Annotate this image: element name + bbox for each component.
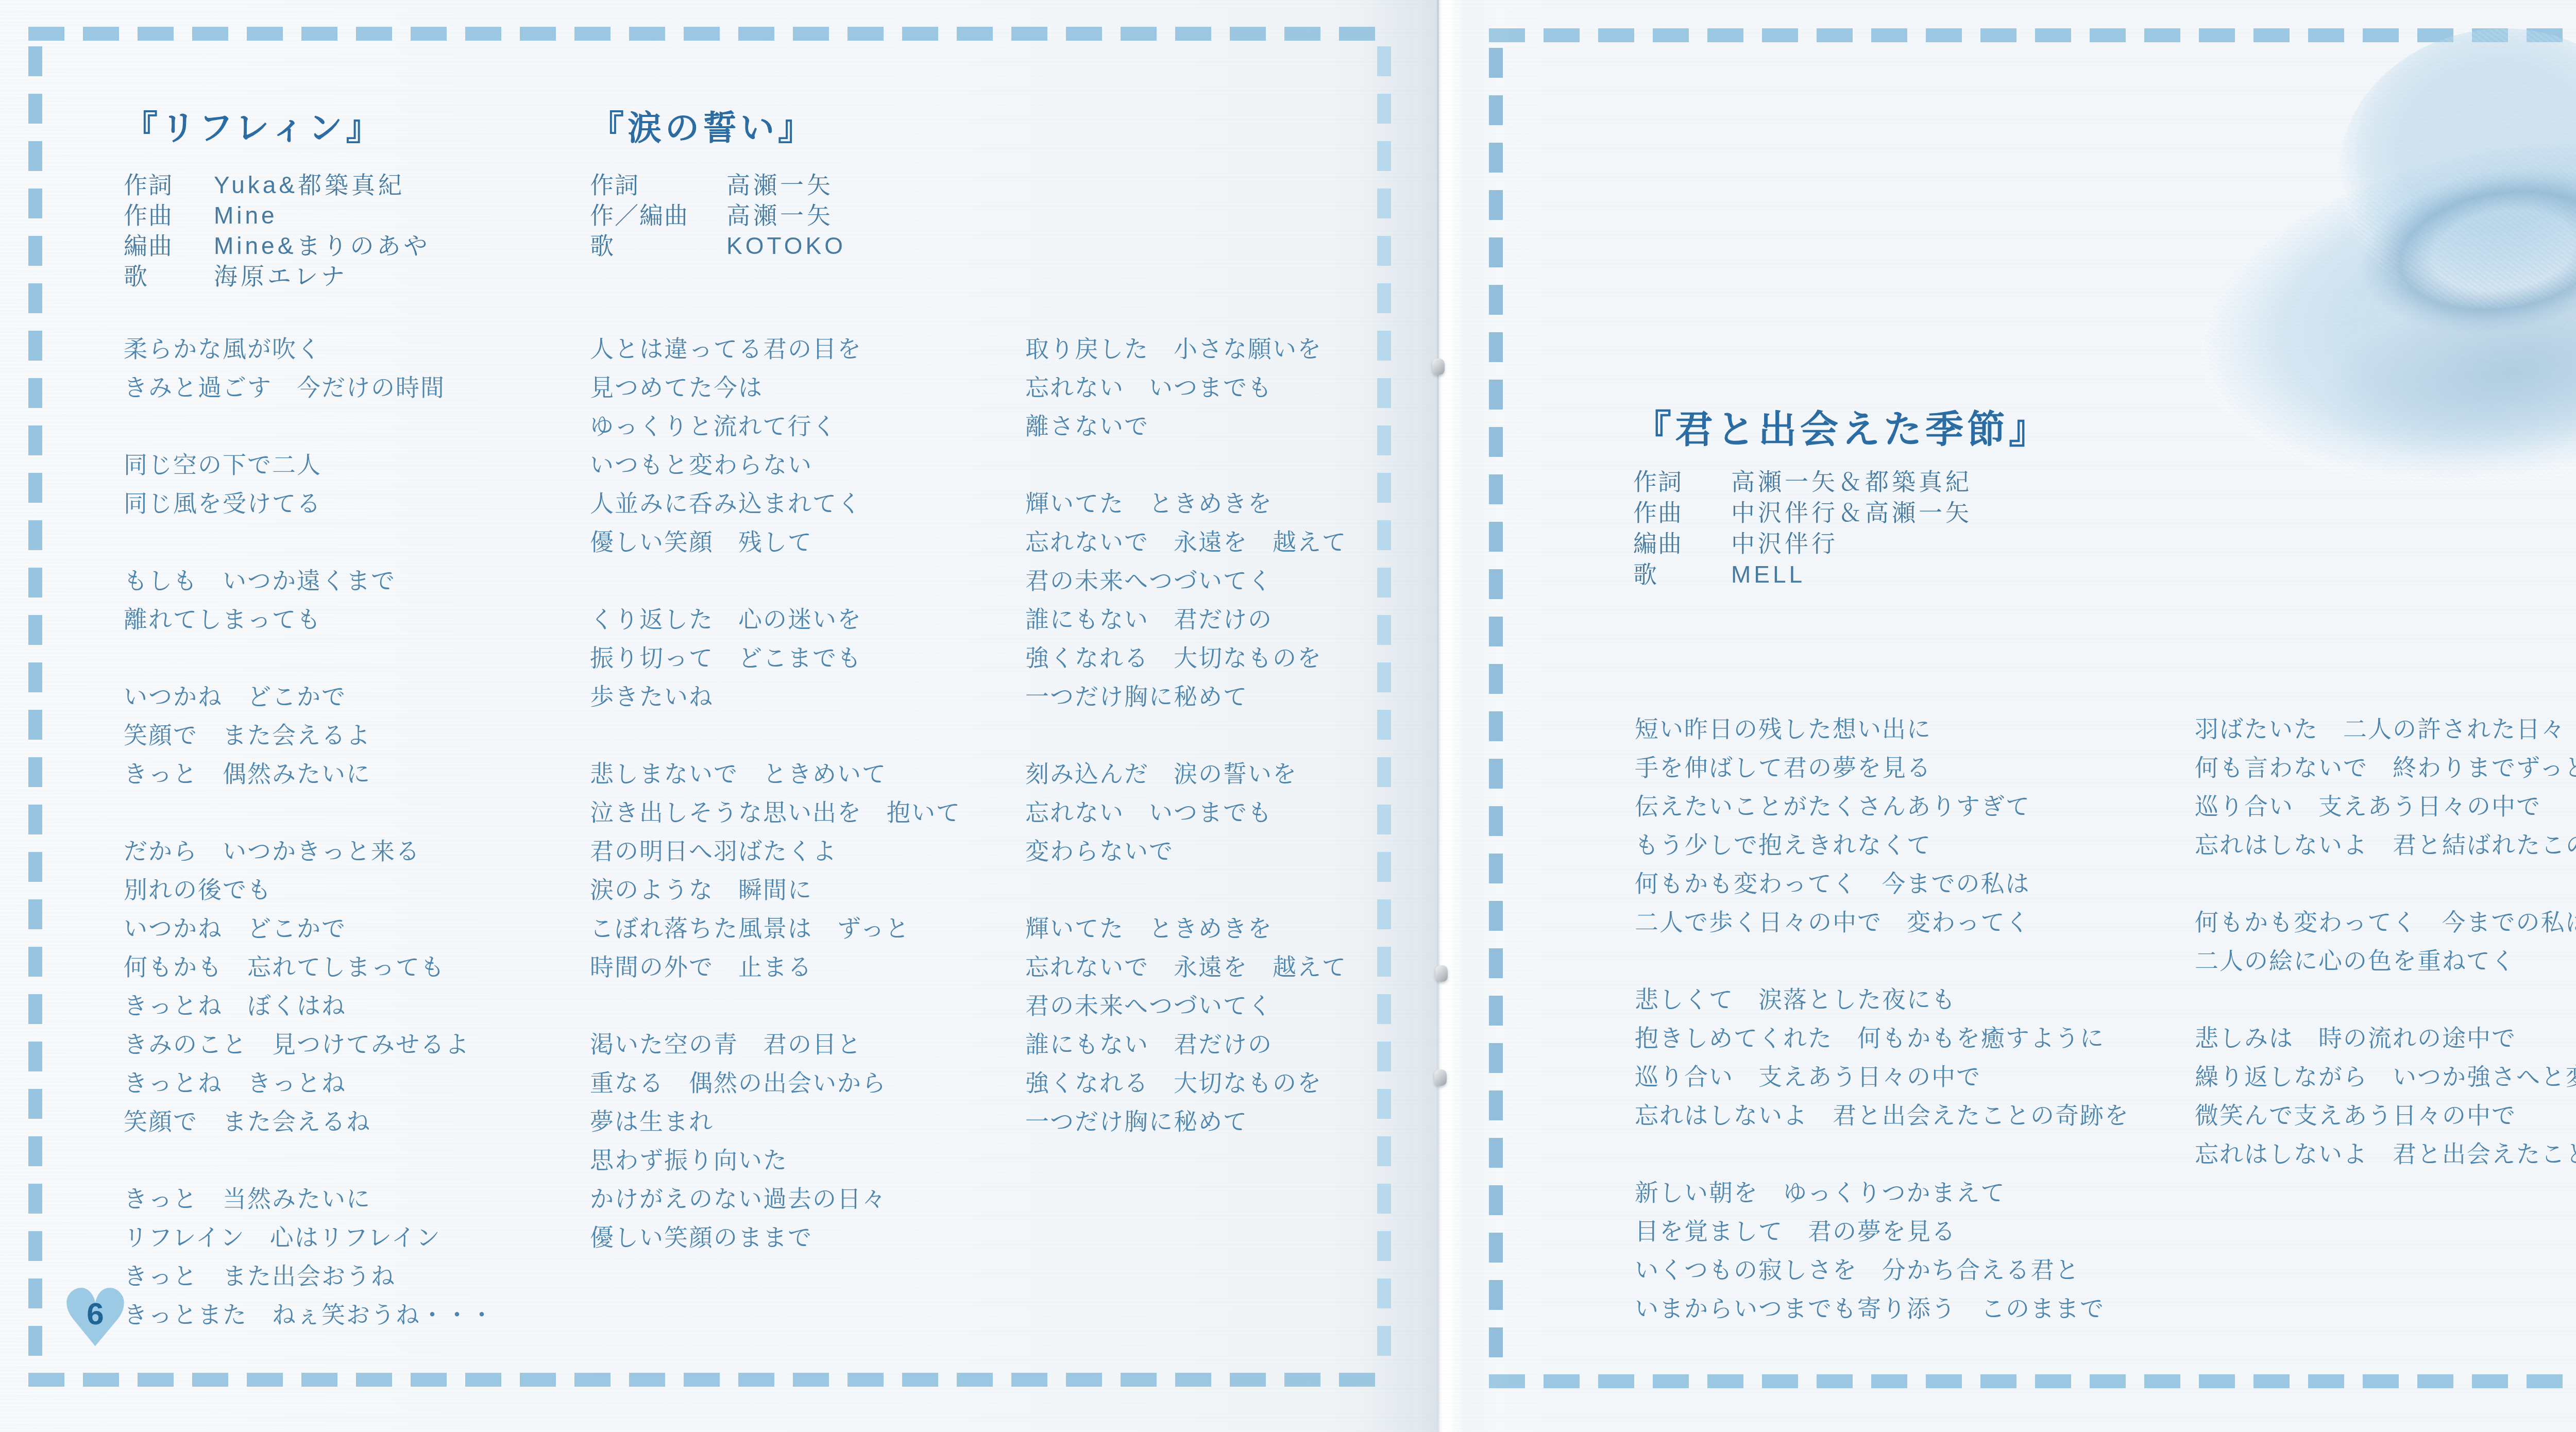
lyric-line: 二人で歩く日々の中で 変わってく (1635, 903, 2129, 942)
stanza: 短い昨日の残した想い出に手を伸ばして君の夢を見る伝えたいことがたくさんありすぎて… (1635, 710, 2129, 942)
fold-crease (1437, 0, 1439, 1432)
song3-lyrics-column-2: 羽ばたいた 二人の許された日々何も言わないで 終わりまでずっとそばに巡り合い 支… (2195, 710, 2576, 1173)
song2-credits: 作詞高瀬一矢 作／編曲高瀬一矢 歌KOTOKO (590, 170, 846, 261)
credit-label: 歌 (1633, 559, 1731, 590)
credit-label: 作詞 (590, 170, 726, 200)
lyric-line: 優しい笑顔 残して (590, 523, 961, 561)
stanza: 刻み込んだ 涙の誓いを忘れない いつまでも変わらないで (1025, 755, 1347, 871)
lyric-line: 忘れはしないよ 君と出会えたことの奇跡を (2195, 1135, 2576, 1173)
lyric-line: 何も言わないで 終わりまでずっとそばに (2195, 748, 2576, 787)
lyric-line: 強くなれる 大切なものを (1025, 639, 1347, 677)
credit-value: Mine&まりのあや (214, 232, 430, 259)
lyric-line: 忘れない いつまでも (1025, 368, 1347, 407)
stanza: 新しい朝を ゆっくりつかまえて目を覚まして 君の夢を見るいくつもの寂しさを 分か… (1635, 1173, 2129, 1328)
lyric-line: 優しい笑顔のままで (590, 1218, 961, 1257)
lyric-line: 目を覚まして 君の夢を見る (1635, 1212, 2129, 1251)
lyric-line: いまからいつまでも寄り添う このままで (1635, 1289, 2129, 1328)
lyric-line: 別れの後でも (124, 871, 495, 909)
stanza: 悲しくて 涙落とした夜にも抱きしめてくれた 何もかもを癒すように巡り合い 支えあ… (1635, 980, 2129, 1135)
lyric-line: 繰り返しながら いつか強さへと変わる (2195, 1058, 2576, 1096)
song3-lyrics-column-1: 短い昨日の残した想い出に手を伸ばして君の夢を見る伝えたいことがたくさんありすぎて… (1635, 710, 2129, 1328)
lyric-line: 悲しみは 時の流れの途中で (2195, 1019, 2576, 1058)
dashed-border-bottom (1489, 1374, 2576, 1388)
credit-label: 作詞 (124, 170, 214, 200)
stanza: もしも いつか遠くまで離れてしまっても (124, 561, 495, 639)
credit-label: 作詞 (1633, 466, 1731, 497)
lyric-line: 強くなれる 大切なものを (1025, 1064, 1347, 1102)
lyric-line: 離さないで (1025, 407, 1347, 446)
stanza: だから いつかきっと来る別れの後でもいつかね どこかで何もかも 忘れてしまっても… (124, 832, 495, 1141)
staple (1434, 1069, 1447, 1086)
credit-row: 作詞高瀬一矢＆都築真紀 (1633, 466, 1972, 497)
lyric-line: 微笑んで支えあう日々の中で (2195, 1096, 2576, 1135)
lyric-line: かけがえのない過去の日々 (590, 1180, 961, 1218)
lyric-line: いくつもの寂しさを 分かち合える君と (1635, 1251, 2129, 1289)
lyric-line: 巡り合い 支えあう日々の中で (1635, 1058, 2129, 1096)
credit-value: 海原エレナ (214, 263, 348, 289)
lyric-line: 忘れないで 永遠を 越えて (1025, 523, 1347, 561)
lyric-line: 笑顔で また会えるね (124, 1102, 495, 1141)
credit-row: 編曲Mine&まりのあや (124, 231, 430, 261)
lyric-line: 歩きたいね (590, 677, 961, 716)
lyric-line: 忘れはしないよ 君と出会えたことの奇跡を (1635, 1096, 2129, 1135)
lyric-line: 抱きしめてくれた 何もかもを癒すように (1635, 1019, 2129, 1058)
straw-hat-photo (2158, 0, 2576, 529)
lyric-line: 君の未来へつづいてく (1025, 561, 1347, 600)
lyric-line: 涙のような 瞬間に (590, 871, 961, 909)
page-right: 『君と出会えた季節』 作詞高瀬一矢＆都築真紀 作曲中沢伴行＆高瀬一矢 編曲中沢伴… (1440, 0, 2576, 1432)
lyric-line: 離れてしまっても (124, 600, 495, 639)
lyric-line: 手を伸ばして君の夢を見る (1635, 748, 2129, 787)
song3-title: 『君と出会えた季節』 (1633, 399, 2050, 454)
lyric-line: 何もかも変わってく 今までの私は (1635, 864, 2129, 903)
lyric-line: もしも いつか遠くまで (124, 561, 495, 600)
lyric-line: 笑顔で また会えるよ (124, 716, 495, 755)
lyric-line: 輝いてた ときめきを (1025, 909, 1347, 948)
credit-value: MELL (1731, 561, 1805, 588)
lyric-line: 同じ空の下で二人 (124, 446, 495, 484)
lyric-line: 見つめてた今は (590, 368, 961, 407)
credit-value: 高瀬一矢 (726, 172, 834, 198)
staple (1432, 359, 1445, 375)
lyric-line: こぼれ落ちた風景は ずっと (590, 909, 961, 948)
lyric-line: 夢は生まれ (590, 1102, 961, 1141)
lyric-line: 二人の絵に心の色を重ねてく (2195, 942, 2576, 980)
lyric-line: 忘れない いつまでも (1025, 793, 1347, 832)
lyric-line: くり返した 心の迷いを (590, 600, 961, 639)
song3-credits: 作詞高瀬一矢＆都築真紀 作曲中沢伴行＆高瀬一矢 編曲中沢伴行 歌MELL (1633, 466, 1972, 590)
lyric-line: 何もかも 忘れてしまっても (124, 948, 495, 986)
lyric-line: 一つだけ胸に秘めて (1025, 677, 1347, 716)
lyric-line: 羽ばたいた 二人の許された日々 (2195, 710, 2576, 748)
lyric-line: リフレイン 心はリフレイン (124, 1218, 495, 1257)
lyric-line: 渇いた空の青 君の目と (590, 1025, 961, 1064)
page-number: 6 (54, 1296, 137, 1332)
credit-row: 歌MELL (1633, 559, 1972, 590)
credit-row: 作曲Mine (124, 200, 430, 231)
credit-value: 高瀬一矢＆都築真紀 (1731, 468, 1972, 495)
lyric-line: 一つだけ胸に秘めて (1025, 1102, 1347, 1141)
lyric-line: 人並みに呑み込まれてく (590, 484, 961, 523)
stanza: いつかね どこかで笑顔で また会えるよきっと 偶然みたいに (124, 677, 495, 793)
page-number-heart-left: ♥ 6 (54, 1278, 137, 1361)
dashed-border-top (28, 27, 1391, 41)
credit-value: KOTOKO (726, 232, 846, 259)
credit-row: 作詞高瀬一矢 (590, 170, 846, 200)
lyric-line: 刻み込んだ 涙の誓いを (1025, 755, 1347, 793)
credit-row: 作／編曲高瀬一矢 (590, 200, 846, 231)
credit-label: 作／編曲 (590, 200, 726, 231)
page-left: 『リフレィン』 作詞Yuka&都築真紀 作曲Mine 編曲Mine&まりのあや … (0, 0, 1440, 1432)
lyric-line: いつかね どこかで (124, 909, 495, 948)
lyric-line: 振り切って どこまでも (590, 639, 961, 677)
dashed-border-right (1377, 46, 1391, 1367)
stanza: 羽ばたいた 二人の許された日々何も言わないで 終わりまでずっとそばに巡り合い 支… (2195, 710, 2576, 864)
stanza: 何もかも変わってく 今までの私は二人の絵に心の色を重ねてく (2195, 903, 2576, 980)
song1-title: 『リフレィン』 (124, 100, 383, 149)
stanza: 輝いてた ときめきを忘れないで 永遠を 越えて君の未来へつづいてく誰にもない 君… (1025, 909, 1347, 1141)
credit-value: Mine (214, 202, 278, 229)
credit-value: Yuka&都築真紀 (214, 172, 405, 198)
credit-row: 作曲中沢伴行＆高瀬一矢 (1633, 497, 1972, 528)
stanza: 同じ空の下で二人同じ風を受けてる (124, 446, 495, 523)
lyric-line: きみと過ごす 今だけの時間 (124, 368, 495, 407)
lyric-line: きっとね きっとね (124, 1064, 495, 1102)
lyric-line: 君の未来へつづいてく (1025, 986, 1347, 1025)
lyric-line: 変わらないで (1025, 832, 1347, 871)
credit-label: 歌 (590, 231, 726, 261)
lyric-line: 短い昨日の残した想い出に (1635, 710, 2129, 748)
lyric-line: 君の明日へ羽ばたくよ (590, 832, 961, 871)
lyric-line: きっと 偶然みたいに (124, 755, 495, 793)
lyric-line: ゆっくりと流れて行く (590, 407, 961, 446)
lyric-line: 何もかも変わってく 今までの私は (2195, 903, 2576, 942)
song1-credits: 作詞Yuka&都築真紀 作曲Mine 編曲Mine&まりのあや 歌海原エレナ (124, 170, 430, 292)
lyric-line: 時間の外で 止まる (590, 948, 961, 986)
credit-row: 歌海原エレナ (124, 261, 430, 292)
stanza: 柔らかな風が吹くきみと過ごす 今だけの時間 (124, 330, 495, 407)
dashed-border-left (28, 46, 42, 1367)
credit-label: 編曲 (1633, 528, 1731, 559)
song2-lyrics-column-1: 人とは違ってる君の目を見つめてた今はゆっくりと流れて行くいつもと変わらない人並み… (590, 330, 961, 1257)
lyric-line: きっとまた ねぇ笑おうね・・・ (124, 1295, 495, 1334)
lyric-line: 忘れないで 永遠を 越えて (1025, 948, 1347, 986)
stanza: 渇いた空の青 君の目と重なる 偶然の出会いから夢は生まれ思わず振り向いたかけがえ… (590, 1025, 961, 1257)
song1-lyrics-column: 柔らかな風が吹くきみと過ごす 今だけの時間同じ空の下で二人同じ風を受けてるもしも… (124, 330, 495, 1334)
lyric-line: もう少しで抱えきれなくて (1635, 826, 2129, 864)
lyric-line: きみのこと 見つけてみせるよ (124, 1025, 495, 1064)
lyric-line: 新しい朝を ゆっくりつかまえて (1635, 1173, 2129, 1212)
lyric-line: だから いつかきっと来る (124, 832, 495, 871)
lyric-line: 忘れはしないよ 君と結ばれたこの季節を (2195, 826, 2576, 864)
lyric-line: いつもと変わらない (590, 446, 961, 484)
lyric-line: 伝えたいことがたくさんありすぎて (1635, 787, 2129, 826)
lyric-line: 巡り合い 支えあう日々の中で (2195, 787, 2576, 826)
credit-label: 作曲 (124, 200, 214, 231)
lyric-line: 泣き出しそうな思い出を 抱いて (590, 793, 961, 832)
credit-value: 中沢伴行＆高瀬一矢 (1731, 499, 1972, 526)
dashed-border-left (1489, 48, 1503, 1369)
lyric-line: 誰にもない 君だけの (1025, 1025, 1347, 1064)
credit-value: 中沢伴行 (1731, 530, 1838, 557)
lyric-line: 悲しくて 涙落とした夜にも (1635, 980, 2129, 1019)
song2-title: 『涙の誓い』 (590, 100, 816, 149)
dashed-border-bottom (28, 1373, 1391, 1387)
credit-label: 歌 (124, 261, 214, 292)
lyric-line: 思わず振り向いた (590, 1141, 961, 1180)
lyric-line: 同じ風を受けてる (124, 484, 495, 523)
stanza: 人とは違ってる君の目を見つめてた今はゆっくりと流れて行くいつもと変わらない人並み… (590, 330, 961, 561)
lyric-line: 柔らかな風が吹く (124, 330, 495, 368)
credit-row: 作詞Yuka&都築真紀 (124, 170, 430, 200)
lyric-line: いつかね どこかで (124, 677, 495, 716)
credit-label: 作曲 (1633, 497, 1731, 528)
stanza: 悲しまないで ときめいて泣き出しそうな思い出を 抱いて君の明日へ羽ばたくよ涙のよ… (590, 755, 961, 986)
cd-booklet-scan: 『リフレィン』 作詞Yuka&都築真紀 作曲Mine 編曲Mine&まりのあや … (0, 0, 2576, 1432)
credit-row: 歌KOTOKO (590, 231, 846, 261)
lyric-line: 取り戻した 小さな願いを (1025, 330, 1347, 368)
lyric-line: 悲しまないで ときめいて (590, 755, 961, 793)
credit-row: 編曲中沢伴行 (1633, 528, 1972, 559)
lyric-line: 誰にもない 君だけの (1025, 600, 1347, 639)
lyric-line: きっとね ぼくはね (124, 986, 495, 1025)
credit-value: 高瀬一矢 (726, 202, 834, 229)
lyric-line: きっと また出会おうね (124, 1257, 495, 1295)
stanza: きっと 当然みたいにリフレイン 心はリフレインきっと また出会おうねきっとまた … (124, 1180, 495, 1334)
lyric-line: 重なる 偶然の出会いから (590, 1064, 961, 1102)
lyric-line: 人とは違ってる君の目を (590, 330, 961, 368)
stanza: 取り戻した 小さな願いを忘れない いつまでも離さないで (1025, 330, 1347, 446)
stanza: 輝いてた ときめきを忘れないで 永遠を 越えて君の未来へつづいてく誰にもない 君… (1025, 484, 1347, 716)
stanza: 悲しみは 時の流れの途中で繰り返しながら いつか強さへと変わる微笑んで支えあう日… (2195, 1019, 2576, 1173)
song2-lyrics-column-2: 取り戻した 小さな願いを忘れない いつまでも離さないで輝いてた ときめきを忘れな… (1025, 330, 1347, 1141)
staple (1435, 965, 1448, 982)
credit-label: 編曲 (124, 231, 214, 261)
lyric-line: きっと 当然みたいに (124, 1180, 495, 1218)
stanza: くり返した 心の迷いを振り切って どこまでも歩きたいね (590, 600, 961, 716)
lyric-line: 輝いてた ときめきを (1025, 484, 1347, 523)
